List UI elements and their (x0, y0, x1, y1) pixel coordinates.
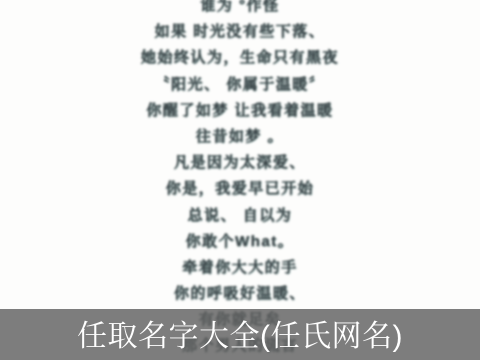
netname-line: 总说、 自以为 (188, 203, 293, 229)
netname-line: 凡是因为太深爱、 (174, 150, 306, 176)
netname-line: 谁为 °作怪 (200, 0, 279, 19)
netname-line: 〝阳光、 你属于温暖〞 (155, 72, 326, 98)
caption-banner: 任取名字大全(任氏网名) (0, 309, 480, 360)
netname-line: 牵着你大大的手 (182, 255, 298, 281)
netname-line: 你是，我爱早已开始 (166, 176, 315, 202)
netname-line: 往昔如梦 。 (196, 124, 284, 150)
netname-line: 你敢个What。 (186, 229, 295, 255)
netname-line: 你的呼吸好温暖、 (174, 281, 306, 307)
caption-title: 任取名字大全(任氏网名) (77, 311, 403, 355)
netname-line: 她始终认为，生命只有黑夜 (141, 45, 339, 71)
netname-text-list: 谁为 °作怪 如果 时光没有些下落、 她始终认为，生命只有黑夜 〝阳光、 你属于… (0, 0, 480, 360)
captioned-text-image: 谁为 °作怪 如果 时光没有些下落、 她始终认为，生命只有黑夜 〝阳光、 你属于… (0, 0, 480, 360)
netname-line: 你醒了如梦 让我看着温暖 (146, 98, 333, 124)
netname-line: 如果 时光没有些下落、 (155, 19, 326, 45)
